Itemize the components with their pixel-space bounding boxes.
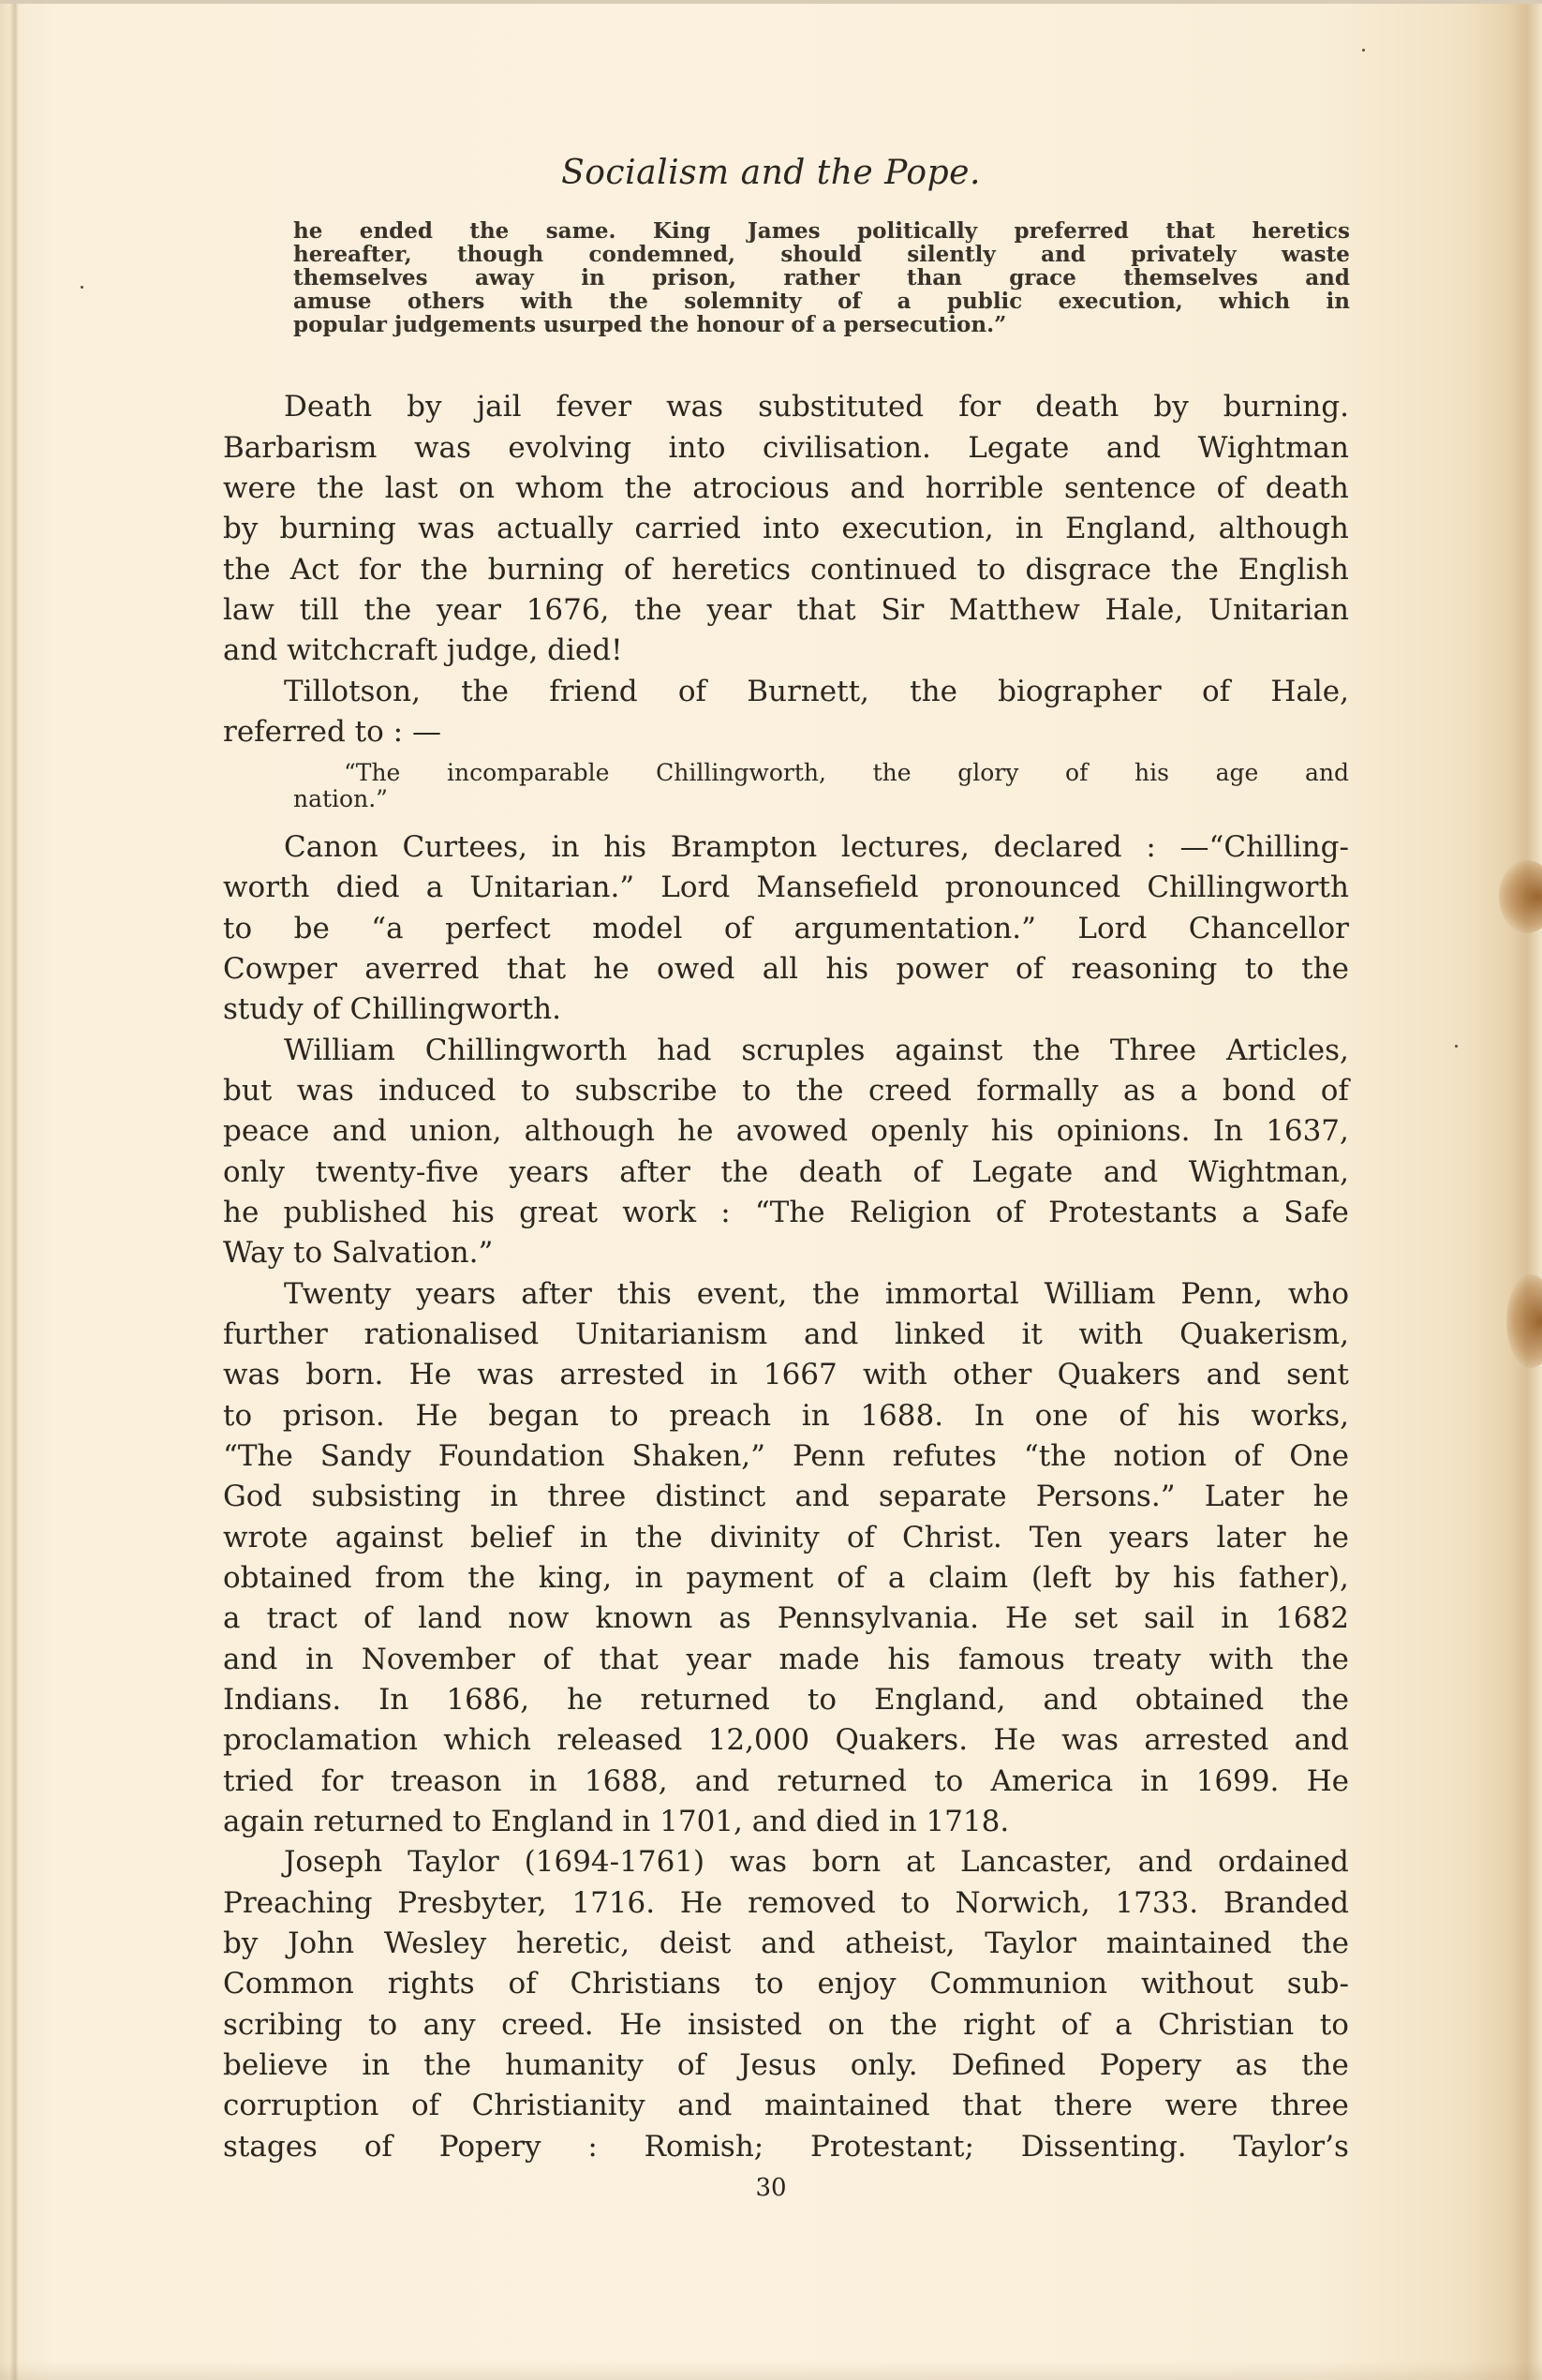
word: in [362,2045,390,2086]
word: right [963,2004,1035,2045]
word: reasoning [1071,948,1217,989]
word: Tillotson, [284,671,421,712]
word: but [223,1070,272,1111]
word: separate [879,1476,1007,1517]
word: of [624,549,652,590]
word: evolving [508,427,631,469]
word: it [1021,1314,1042,1355]
word: lectures, [841,826,970,868]
word: 1733. [1115,1882,1198,1924]
word: land [418,1598,482,1639]
word: against [335,1517,443,1558]
word: made [779,1639,860,1680]
word: Christianity [472,2085,645,2126]
word: model [592,908,682,949]
word: of [847,1517,875,1558]
word: worth [223,867,309,908]
word: He [1005,1598,1047,1639]
word: burning [280,508,396,549]
word: as [1123,1070,1155,1111]
word: to [1245,948,1274,989]
word: to [934,1761,963,1802]
word: for [958,386,1001,427]
word: the [363,589,411,631]
word: In [974,1395,1004,1436]
word: linked [895,1314,986,1355]
word: arrested [1144,1719,1268,1761]
word: and [1043,1679,1097,1720]
word: Death [284,386,372,427]
word: 1676, [526,589,610,631]
body-line: werethelastonwhomtheatrociousandhorrible… [223,468,1349,509]
word: William [1045,1273,1156,1315]
word: who [1288,1273,1349,1315]
word: —“Chilling- [1179,826,1348,868]
word: sentence [1064,468,1196,509]
page-top-edge [0,0,1542,4]
foxing-stain-upper [1499,860,1542,933]
word: year [706,589,771,631]
word: only. [851,2045,918,2086]
word: sail [1144,1598,1194,1639]
word: America [991,1761,1114,1802]
word: Penn [793,1435,866,1477]
word: burning. [1223,386,1349,427]
word: of [1119,1395,1147,1436]
word: Protestant; [810,2126,974,2167]
word: into [669,427,726,469]
body-line: Twentyyearsafterthisevent,theimmortalWil… [284,1273,1349,1315]
word: and [1295,1719,1349,1761]
word: distinct [655,1476,765,1517]
word: the [223,549,271,590]
word: was [297,1070,354,1111]
word: a [888,1557,905,1599]
word: by [223,508,258,549]
word: and [1104,1152,1158,1193]
word: in [305,1639,334,1680]
book-page: Socialism and the Pope. heendedthesame.K… [0,0,1542,2380]
word: year [687,1639,751,1680]
word: In [1213,1110,1243,1152]
word: he [223,1192,259,1233]
body-line: believeinthehumanityofJesusonly.DefinedP… [223,2045,1349,2086]
body-line: butwasinducedtosubscribetothecreedformal… [223,1070,1349,1111]
word: his [825,948,868,989]
word: of [677,2045,705,2086]
word: he [567,1679,602,1720]
word: the [625,468,673,509]
word: 1682 [1275,1598,1349,1639]
word: He [1307,1761,1349,1802]
word: with [1208,1639,1273,1680]
word: corruption [223,2085,378,2126]
body-line: GodsubsistinginthreedistinctandseparateP… [223,1476,1349,1517]
word: England, [874,1679,1006,1720]
body-line: again returned to England in 1701, and d… [223,1801,1349,1842]
word: returned [777,1761,907,1802]
word: scribing [223,2004,343,2045]
body-line: wroteagainstbeliefinthedivinityofChrist.… [223,1517,1349,1558]
word: now [508,1598,569,1639]
word: Jesus [739,2045,817,2086]
word: Sandy [320,1435,411,1477]
word: owed [657,948,734,989]
word: “The [223,1435,293,1477]
running-title: Socialism and the Pope. [0,154,1542,192]
word: Christian [1158,2004,1294,2045]
word: rationalised [364,1314,540,1355]
word: in [1016,508,1044,549]
word: He [415,1395,457,1436]
word: Canon [284,826,378,868]
word: Sir [881,589,924,631]
word: Penn, [1180,1273,1263,1315]
word: bond [1223,1070,1296,1111]
word: obtained [223,1557,352,1599]
word: a [1242,1192,1259,1233]
word: of [508,1963,536,2004]
word: by [223,1923,258,1964]
word: there [1054,2085,1133,2126]
word: three [547,1476,626,1517]
word: further [223,1314,328,1355]
word: Articles, [1226,1030,1349,1071]
word: sent [1286,1354,1349,1395]
word: for [359,549,401,590]
word: he [1313,1476,1349,1517]
word: his [1178,1395,1221,1436]
word: great [519,1192,598,1233]
word: payment [686,1557,813,1599]
word: preach [669,1395,771,1436]
word: claim [928,1557,1008,1599]
word: later [1217,1517,1286,1558]
word: Later [1205,1476,1284,1517]
word: had [657,1030,711,1071]
word: “a [371,908,403,949]
word: the [1301,1639,1349,1680]
word: the [910,671,957,712]
word: induced [378,1070,496,1111]
word: of [363,1598,392,1639]
word: born [812,1841,881,1882]
word: he [677,1110,713,1152]
word: Lord [1077,908,1147,949]
word: Christ. [902,1517,1002,1558]
word: English [1238,549,1349,590]
word: Legate [971,1152,1073,1193]
word: which [443,1719,531,1761]
word: carried [634,508,741,549]
word: and [794,1476,849,1517]
word: the [317,468,364,509]
word: the [1301,2045,1349,2086]
body-line: CanonCurtees,inhisBramptonlectures,decla… [284,826,1349,868]
word: Safe [1283,1192,1349,1233]
paper-speck [1455,1045,1458,1048]
word: his [603,826,646,868]
word: proclamation [223,1719,418,1761]
word: Popery [1100,2045,1202,2086]
word: death [1266,468,1349,509]
word: Indians. [223,1679,341,1720]
word: for [321,1761,363,1802]
word: Hale, [1270,671,1349,712]
word: Quakers. [835,1719,968,1761]
word: set [1074,1598,1118,1639]
body-line: wasborn.Hewasarrestedin1667withotherQuak… [223,1354,1349,1395]
body-line: referred to : — [223,711,1349,752]
word: in [490,1476,518,1517]
word: years [416,1273,496,1315]
word: was [477,1354,534,1395]
word: He [680,1882,722,1924]
word: burning [488,549,604,590]
word: tried [223,1761,293,1802]
word: Common [223,1963,354,2004]
word: atheist, [845,1923,955,1964]
word: year [437,589,501,631]
word: on [458,468,495,509]
word: maintained [1106,1923,1272,1964]
word: a [1180,1070,1197,1111]
word: with [1079,1314,1144,1355]
word: One [1289,1435,1349,1477]
word: father), [1238,1557,1349,1599]
word: refutes [893,1435,997,1477]
word: Brampton [671,826,817,868]
word: of [996,1192,1024,1233]
word: death [1035,386,1119,427]
word: (1694-1761) [525,1841,704,1882]
word: immortal [885,1273,1019,1315]
word: In [378,1679,408,1720]
word: a [223,1598,240,1639]
word: any [423,2004,476,2045]
word: were [223,468,296,509]
body-line: toprison.Hebegantopreachin1688.Inoneofhi… [223,1395,1349,1436]
word: 1688. [860,1395,943,1436]
body-line: Deathbyjailfeverwassubstitutedfordeathby… [284,386,1349,427]
word: the [467,1557,515,1599]
word: from [375,1557,444,1599]
word: Pennsylvania. [778,1598,979,1639]
word: till [300,589,339,631]
word: as [719,1598,750,1639]
word: at [906,1841,935,1882]
word: Lord [660,867,730,908]
word: notion [1114,1435,1208,1477]
body-line: hepublishedhisgreatwork:“TheReligionofPr… [223,1192,1349,1233]
word: to [901,1882,930,1924]
word: Taylor [985,1923,1076,1964]
word: that [599,1639,658,1680]
word: his [887,1639,930,1680]
word: Chillingworth [425,1030,628,1071]
word: after [521,1273,592,1315]
word: in [802,1395,830,1436]
body-line: worthdiedaUnitarian.”LordMansefieldprono… [223,867,1349,908]
word: years [1109,1517,1189,1558]
word: published [283,1192,427,1233]
word: civilisation. [763,427,931,469]
word: biographer [998,671,1162,712]
word: 1667 [764,1354,838,1395]
word: : [720,1192,730,1233]
word: was [666,386,723,427]
word: the [812,1273,860,1315]
word: Curtees, [403,826,527,868]
word: Defined [952,2045,1066,2086]
paper-speck [1362,49,1365,52]
word: of [678,671,706,712]
word: removed [748,1882,876,1924]
body-line: Indians.In1686,hereturnedtoEngland,andob… [223,1679,1349,1720]
word: He [619,2004,661,2045]
word: treaty [1093,1639,1181,1680]
word: last [385,468,438,509]
word: creed [868,1070,952,1111]
word: Matthew [949,589,1080,631]
word: of [724,908,752,949]
word: that [962,2085,1021,2126]
word: of [1202,671,1230,712]
word: Twenty [284,1273,391,1315]
word: to [742,1070,771,1111]
body-line: lawtilltheyear1676,theyearthatSirMatthew… [223,589,1349,631]
body-line: andinNovemberofthatyearmadehisfamoustrea… [223,1639,1349,1680]
page-bottom-shadow [0,2361,1542,2380]
word: Branded [1223,1882,1349,1924]
word: and [804,1314,858,1355]
word: and [1207,1354,1261,1395]
body-line: furtherrationalisedUnitarianismandlinked… [223,1314,1349,1355]
word: 1716. [571,1882,655,1924]
word: in [710,1354,738,1395]
word: sub- [1287,1963,1349,2004]
body-line: “TheSandyFoundationShaken,”Pennrefutes“t… [223,1435,1349,1477]
word: averred [364,948,479,989]
word: work [622,1192,696,1233]
word: after [619,1152,690,1193]
word: to [223,908,252,949]
word: Foundation [438,1435,605,1477]
word: Wightman, [1189,1152,1349,1193]
block-quote-line: “The incomparable Chillingworth, the glo… [344,759,1349,787]
word: of [1217,468,1245,509]
block-quote-line: nation.” [293,785,388,813]
word: with [863,1354,927,1395]
word: declared [994,826,1122,868]
word: Burnett, [747,671,869,712]
word: released [556,1719,682,1761]
body-line: scribingtoanycreed.Heinsistedontherighto… [223,2004,1349,2045]
word: 1699. [1196,1761,1280,1802]
word: perfect [445,908,551,949]
word: Religion [850,1192,971,1233]
body-line: stagesofPopery:Romish;Protestant;Dissent… [223,2126,1349,2167]
word: and [677,2085,732,2126]
word: : [1146,826,1155,868]
word: Joseph [284,1841,382,1882]
word: and [761,1923,815,1964]
word: union, [409,1110,501,1152]
word: death [799,1152,882,1193]
body-line: proclamationwhichreleased12,000Quakers.H… [223,1719,1349,1761]
word: Taylor’s [1233,2126,1348,2167]
word: ordained [1218,1841,1349,1882]
body-line: tobe“aperfectmodelofargumentation.”LordC… [223,908,1349,949]
word: were [1164,2085,1238,2126]
word: the [421,549,468,590]
word: England, [1065,508,1197,549]
word: the [1301,948,1349,989]
word: wrote [223,1517,308,1558]
word: Act [290,549,339,590]
word: tract [266,1598,337,1639]
word: Mansefield [756,867,918,908]
word: Lancaster, [960,1841,1113,1882]
body-line: PreachingPresbyter,1716.HeremovedtoNorwi… [223,1882,1349,1924]
word: scruples [741,1030,865,1071]
word: continued [810,549,956,590]
word: peace [223,1110,309,1152]
word: he [1313,1517,1349,1558]
word: Presbyter, [397,1882,546,1924]
word: returned [640,1679,770,1720]
word: Three [1110,1030,1196,1071]
word: Communion [929,1963,1107,2004]
word: against [895,1030,1002,1071]
word: of [543,1639,571,1680]
word: was [418,508,475,549]
word: Wesley [384,1923,486,1964]
word: the [1301,1679,1349,1720]
page-number: 30 [0,2174,1542,2202]
word: was [223,1354,280,1395]
word: twenty-five [316,1152,479,1193]
word: atrocious [692,468,829,509]
word: was [1061,1719,1119,1761]
word: known [595,1598,692,1639]
body-line: peaceandunion,althoughheavowedopenlyhiso… [223,1110,1349,1152]
word: He [409,1354,452,1395]
word: Unitarianism [575,1314,767,1355]
word: subscribe [575,1070,718,1111]
body-line: and witchcraft judge, died! [223,630,1349,671]
word: the [1301,1923,1349,1964]
word: the [423,2045,471,2086]
word: by [1115,1557,1149,1599]
word: on [828,2004,865,2045]
word: in [635,1557,663,1599]
word: without [1141,1963,1253,2004]
body-line: Cowperaverredthatheowedallhispowerofreas… [223,948,1349,989]
word: years [510,1152,589,1193]
word: “The [755,1192,825,1233]
word: God [223,1476,282,1517]
word: the [720,1152,768,1193]
word: and [1106,427,1161,469]
word: stages [223,2126,318,2167]
body-line: obtainedfromtheking,inpaymentofaclaim(le… [223,1557,1349,1599]
word: Preaching [223,1882,373,1924]
body-line: Tillotson,thefriendofBurnett,thebiograph… [284,671,1349,712]
word: Wightman [1198,427,1349,469]
word: divinity [710,1517,820,1558]
word: power [896,948,987,989]
